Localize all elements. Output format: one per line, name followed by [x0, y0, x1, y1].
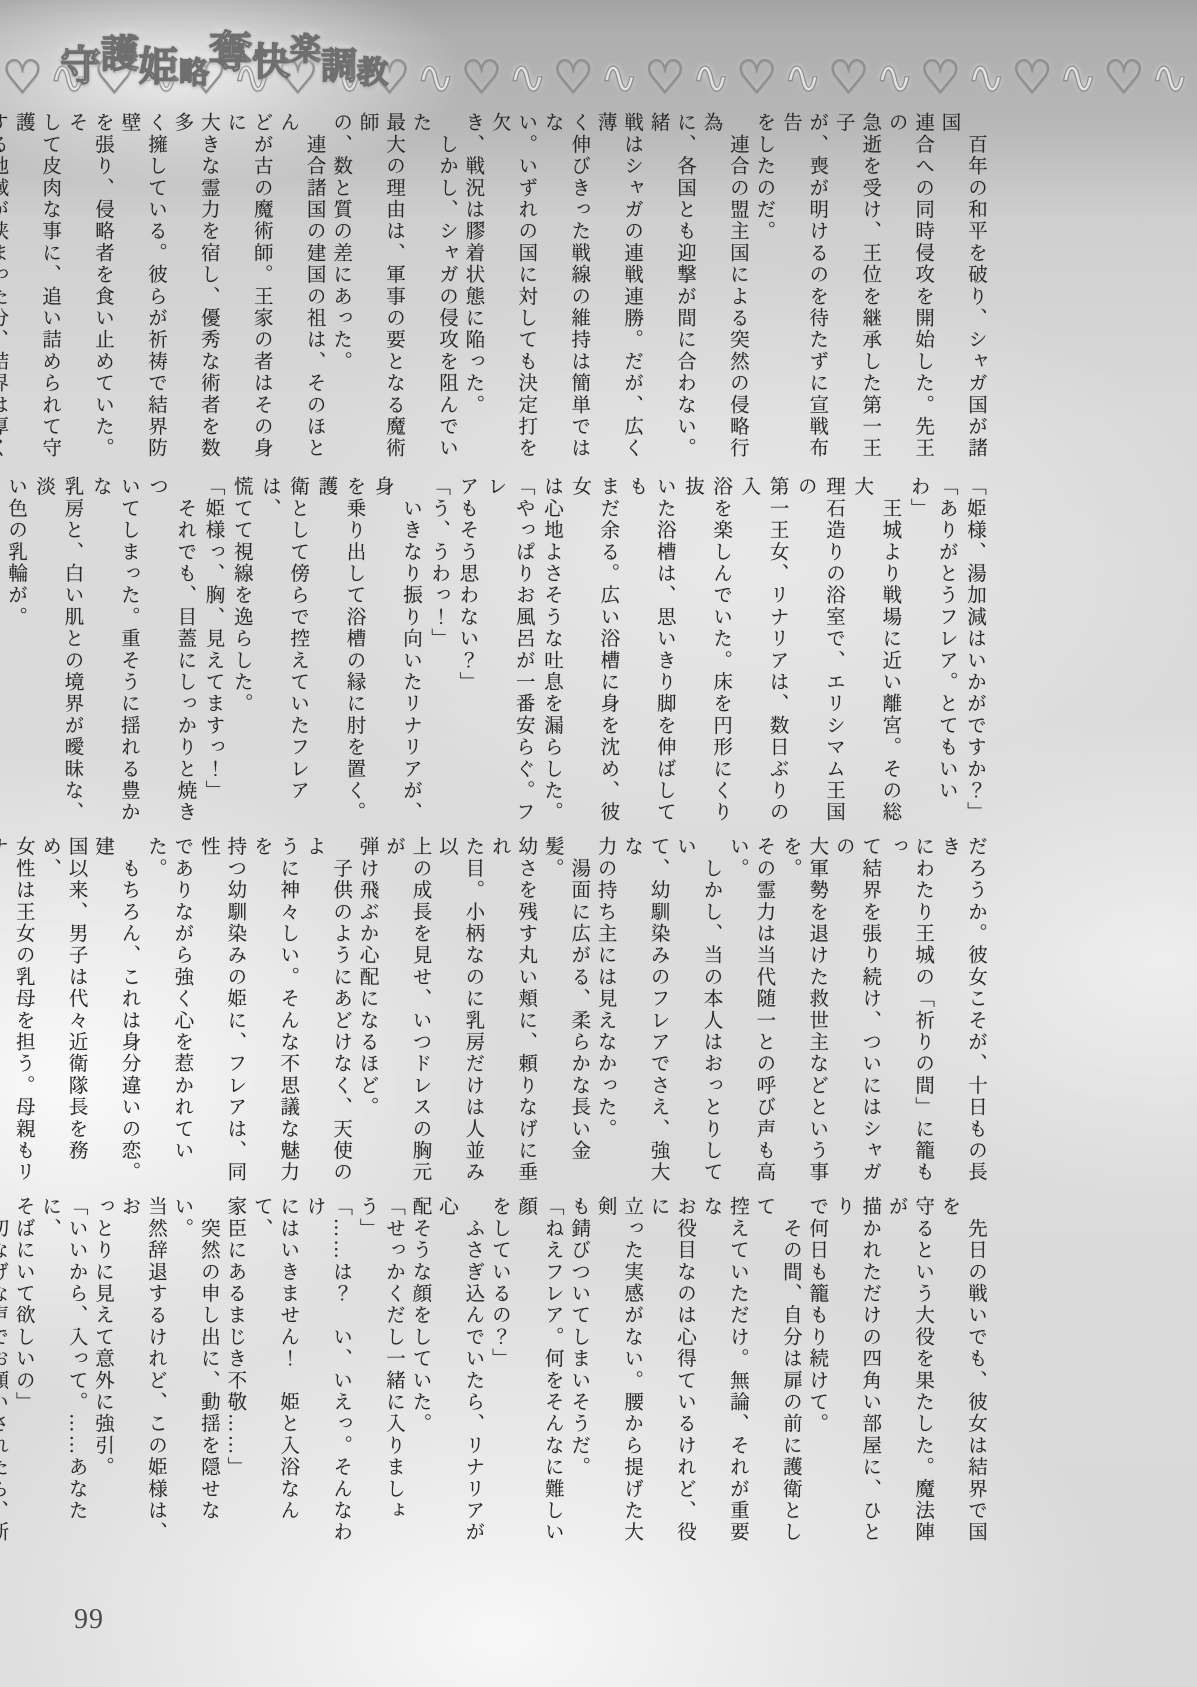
text-column: 第一王女、リナリアは、数日ぶりの入	[734, 476, 790, 828]
text-column: 連合諸国の建国の祖は、そのほとん	[274, 112, 327, 464]
text-column: 弾け飛ぶか心配になるほど。	[353, 836, 379, 1188]
text-column: そばにいて欲しいの」	[9, 1196, 35, 1548]
text-column: を乗り出して浴槽の縁に肘を置く。護	[311, 476, 367, 828]
text-column: 衛として傍らで控えていたフレアは、	[255, 476, 311, 828]
text-column: 最大の理由は、軍事の要となる魔術師	[353, 112, 406, 464]
text-column: でありながら強く心を惹かれていた。	[142, 836, 195, 1188]
text-column: して皮肉な事に、追い詰められて守護	[9, 112, 62, 464]
text-column: 家臣にあるまじき不敬……」	[221, 1196, 247, 1548]
text-column: 「姫様っ、胸、見えてますっ！」	[198, 476, 226, 828]
text-column: 連合の盟主国による突然の侵略行為	[697, 112, 750, 464]
text-column: た目。小柄なのに乳房だけは人並み以	[432, 836, 485, 1188]
text-column: 大軍勢を退けた救世主などという事を。	[776, 836, 829, 1188]
text-column: 持つ幼馴染みの姫に、フレアは、同性	[194, 836, 247, 1188]
text-column: も錆びついてしまいそうだ。	[565, 1196, 591, 1548]
text-column: て結界を張り続け、ついにはシャガの	[829, 836, 882, 1188]
title-character: 快	[252, 31, 290, 86]
text-column: を張り、侵略者を食い止めていた。そ	[62, 112, 115, 464]
text-column: 力の持ち主には見えなかった。	[591, 836, 617, 1188]
text-column: 乳房と、白い肌との境界が曖昧な、淡	[29, 476, 85, 828]
title-character: 奪	[209, 19, 252, 80]
title-character: 楽	[290, 24, 321, 69]
text-column: うに神々しい。そんな不思議な魅力を	[247, 836, 300, 1188]
text-column: する地域が狭まった分、結界は厚く強	[0, 112, 9, 464]
text-column: しかし、当の本人はおっとりしてい	[671, 836, 724, 1188]
text-column: 理石造りの浴室で、エリシマム王国の	[791, 476, 847, 828]
text-band-3: だろうか。彼女こそが、十日もの長きにわたり王城の「祈りの間」に籠もって結界を張り…	[0, 836, 988, 1188]
title-character: 守	[60, 33, 101, 92]
text-column: どが古の魔術師。王家の者はその身に	[221, 112, 274, 464]
text-column: 「ありがとうフレア。とてもいいわ」	[903, 476, 959, 828]
text-column: に、各国とも迎撃が間に合わない。緒	[644, 112, 697, 464]
text-column: しかし、シャガの侵攻を阻んでいた	[406, 112, 459, 464]
text-column: 浴を楽しんでいた。床を円形にくり抜	[678, 476, 734, 828]
text-column: 配そうな顔をしていた。	[406, 1196, 432, 1548]
title-character: 護	[101, 23, 139, 78]
text-column: をしているの？」	[485, 1196, 511, 1548]
text-column: の、数と質の差にあった。	[327, 112, 353, 464]
text-column: て、幼馴染みのフレアでさえ、強大な	[618, 836, 671, 1188]
text-band-4: 先日の戦いでも、彼女は結界で国を守るという大役を果たした。魔法陣が描かれただけの…	[0, 1196, 988, 1548]
text-column: 湯面に広がる、柔らかな長い金髪。	[538, 836, 591, 1188]
title-character: 姫	[139, 35, 179, 92]
text-column: ふさぎ込んでいたら、リナリアが心	[432, 1196, 485, 1548]
text-column: が、喪が明けるのを待たずに宣戦布告	[776, 112, 829, 464]
text-column: 幼さを残す丸い頬に、頼りなげに垂れ	[485, 836, 538, 1188]
text-column: 切なげな声でお願いされたら、断り	[0, 1196, 9, 1548]
page-number: 99	[74, 1604, 104, 1636]
text-column: き、戦況は膠着状態に陥った。	[459, 112, 485, 464]
title-character: 教	[357, 47, 388, 92]
text-column: にはいきません！ 姫と入浴なんて、	[247, 1196, 300, 1548]
text-column: で何日も籠もり続けて。	[803, 1196, 829, 1548]
text-column: 大きな霊力を宿し、優秀な術者を数多	[168, 112, 221, 464]
text-column: 突然の申し出に、動揺を隠せない。	[168, 1196, 221, 1548]
text-column: 慌てて視線を逸らした。	[227, 476, 255, 828]
text-column: 「ねえフレア。何をそんなに難しい顔	[512, 1196, 565, 1548]
text-column: い色の乳輪が。	[1, 476, 29, 828]
text-column: 上の成長を見せ、いつドレスの胸元が	[380, 836, 433, 1188]
text-column: 子供のようにあどけなく、天使のよ	[300, 836, 353, 1188]
text-column: 当然辞退するけれど、この姫様は、お	[115, 1196, 168, 1548]
text-column: 守るという大役を果たした。魔法陣が	[882, 1196, 935, 1548]
title-character: 調	[321, 38, 357, 89]
text-column: い。いずれの国に対しても決定打を欠	[485, 112, 538, 464]
scanned-novel-page: ♡∿♡∿♡∿♡∿♡∿♡∿♡∿♡∿♡∿♡∿♡∿♡∿♡∿♡∿♡∿ 守護姫略奪快楽調教…	[0, 0, 1197, 1687]
text-column: 立った実感がない。腰から提げた大剣	[591, 1196, 644, 1548]
text-band-1: 百年の和平を破り、シャガ国が諸国連合への同時侵攻を開始した。先王の急逝を受け、王…	[0, 112, 988, 464]
text-column: 「やっぱりお風呂が一番安らぐ。フレ	[480, 476, 536, 828]
text-band-2: 「姫様、湯加減はいかがですか？」「ありがとうフレア。とてもいいわ」 王城より戦場…	[0, 476, 988, 828]
text-column: は心地よさそうな吐息を漏らした。	[537, 476, 565, 828]
text-column: アもそう思わない？」	[452, 476, 480, 828]
text-column: 連合への同時侵攻を開始した。先王の	[882, 112, 935, 464]
text-column: にわたり王城の「祈りの間」に籠もっ	[882, 836, 935, 1188]
text-column: 控えていただけ。無論、それが重要な	[697, 1196, 750, 1548]
text-column: 「フレアったら、何を恥ずかしがって	[0, 476, 1, 828]
text-column: 「……は？ い、いえっ。そんなわけ	[300, 1196, 353, 1548]
text-column: だろうか。彼女こそが、十日もの長き	[935, 836, 988, 1188]
text-column: く擁している。彼らが祈祷で結界防壁	[115, 112, 168, 464]
text-column: 百年の和平を破り、シャガ国が諸国	[935, 112, 988, 464]
text-column: をしたのだ。	[750, 112, 776, 464]
text-column: っとりに見えて意外に強引。	[89, 1196, 115, 1548]
text-column: それでも、目蓋にしっかりと焼きつ	[142, 476, 198, 828]
text-column: 「いいから、入って。……あなたに、	[36, 1196, 89, 1548]
text-column: いてしまった。重そうに揺れる豊かな	[86, 476, 142, 828]
page-title: 守護姫略奪快楽調教	[60, 26, 388, 87]
text-column: お役目なのは心得ているけれど、役に	[644, 1196, 697, 1548]
text-column: 女性は王女の乳母を担う。母親もリナ	[0, 836, 36, 1188]
text-column: 急逝を受け、王位を継承した第一王子	[829, 112, 882, 464]
text-column: いきなり振り向いたリナリアが、身	[368, 476, 424, 828]
text-column: その霊力は当代随一との呼び声も高い。	[723, 836, 776, 1188]
text-column: もちろん、これは身分違いの恋。建	[89, 836, 142, 1188]
text-column: 先日の戦いでも、彼女は結界で国を	[935, 1196, 988, 1548]
text-column: 戦はシャガの連戦連勝。だが、広く薄	[591, 112, 644, 464]
text-column: 王城より戦場に近い離宮。その総大	[847, 476, 903, 828]
text-column: 「う、うわっ！」	[424, 476, 452, 828]
text-column: いた浴槽は、思いきり脚を伸ばしても	[621, 476, 677, 828]
text-column: く伸びきった戦線の維持は簡単ではな	[538, 112, 591, 464]
text-column: 国以来、男子は代々近衛隊長を務め、	[36, 836, 89, 1188]
text-column: 描かれただけの四角い部屋に、ひとり	[829, 1196, 882, 1548]
title-character: 略	[179, 48, 209, 92]
text-column: その間、自分は扉の前に護衛として	[750, 1196, 803, 1548]
text-column: 「せっかくだし一緒に入りましょう」	[353, 1196, 406, 1548]
text-column: 「姫様、湯加減はいかがですか？」	[960, 476, 988, 828]
text-column: まだ余る。広い浴槽に身を沈め、彼女	[565, 476, 621, 828]
